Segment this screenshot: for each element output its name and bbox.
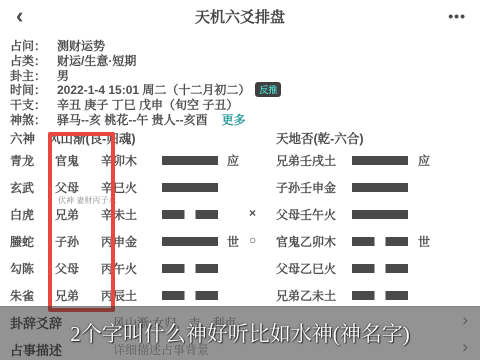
- moving-marker: ○: [249, 233, 256, 247]
- changed-line: [352, 291, 408, 300]
- shi-ying-marker: 世: [227, 233, 239, 250]
- changed-hexagram-title: 天地否(乾-六合): [276, 129, 364, 147]
- changed-line-text: 父母壬午火: [276, 206, 336, 223]
- changed-line-text: 子孙壬申金: [276, 179, 336, 196]
- time-line: 时间：2022-1-4 15:01 周二（十二月初二）反推: [10, 81, 474, 96]
- liushen-cell: 青龙: [10, 152, 34, 169]
- page-title: 天机六爻排盘: [195, 6, 285, 27]
- main-line: [162, 156, 218, 165]
- ganzhi-cell: 丙申金: [101, 233, 137, 250]
- shensha-line: 神煞：驿马--亥 桃花--午 贵人--亥酉更多: [10, 111, 474, 126]
- ganzhi-cell: 辛巳火: [101, 179, 137, 196]
- changed-line-text: 父母乙巳火: [276, 260, 336, 277]
- liushen-cell: 勾陈: [10, 260, 34, 277]
- ganzhi-cell: 辛卯木: [101, 152, 137, 169]
- app-screen: ‹ 天机六爻排盘 ••• 占问：测财运势 占类：财运/生意·短期 卦主：男 时间…: [0, 0, 480, 360]
- liuqin-cell: 兄弟: [55, 206, 79, 223]
- shensha-more-link[interactable]: 更多: [222, 113, 246, 127]
- ganzhi-cell: 丙午火: [101, 260, 137, 277]
- changed-line-text: 兄弟壬戌土: [276, 152, 336, 169]
- changed-line: [352, 264, 408, 273]
- hexagram-row: 勾陈 父母 丙午火 父母乙巳火: [0, 256, 480, 283]
- changed-line: [352, 237, 408, 246]
- changed-line: [352, 183, 408, 192]
- liuqin-cell: 父母: [55, 179, 79, 196]
- ganzhi-line: 干支：辛丑 庚子 丁巳 戊申（旬空 子丑）: [10, 96, 474, 111]
- liushen-cell: 螣蛇: [10, 233, 34, 250]
- main-line: [162, 237, 218, 246]
- subject-line: 卦主：男: [10, 67, 474, 82]
- liushen-cell: 白虎: [10, 206, 34, 223]
- shensha-value: 驿马--亥 桃花--午 贵人--亥酉: [57, 113, 208, 127]
- back-icon[interactable]: ‹: [16, 2, 23, 30]
- caption-text: 2个字叫什么神好听比如水神(神名字): [70, 318, 410, 348]
- shi-ying-marker: 应: [227, 152, 239, 169]
- liuqin-cell: 官鬼: [55, 152, 79, 169]
- moving-marker: ×: [249, 206, 256, 220]
- hexagram-table: 青龙 官鬼 辛卯木 应 兄弟壬戌土 应 玄武 父母 辛巳火 子孙壬申金 伏神 妻…: [0, 148, 480, 313]
- ganzhi-cell: 辛未土: [101, 206, 137, 223]
- caption-overlay: 2个字叫什么神好听比如水神(神名字): [0, 306, 480, 360]
- liuqin-cell: 子孙: [55, 233, 79, 250]
- category-value: 财运/生意·短期: [57, 54, 136, 68]
- main-hexagram-title: 风山渐(艮-归魂): [48, 129, 136, 147]
- liuqin-cell: 父母: [55, 260, 79, 277]
- changed-shi-ying-marker: 应: [418, 152, 430, 169]
- changed-shi-ying-marker: 世: [418, 233, 430, 250]
- hexagram-row: 玄武 父母 辛巳火 子孙壬申金 伏神 妻财丙子水: [0, 175, 480, 202]
- main-line: [162, 291, 218, 300]
- liushen-cell: 玄武: [10, 179, 34, 196]
- changed-line: [352, 210, 408, 219]
- hexagram-table-header: 六神 风山渐(艮-归魂) 天地否(乾-六合): [0, 129, 480, 145]
- liushen-column-header: 六神: [10, 129, 35, 147]
- more-menu-icon[interactable]: •••: [448, 2, 466, 30]
- hexagram-row: 白虎 兄弟 辛未土 × 父母壬午火: [0, 202, 480, 229]
- main-line: [162, 264, 218, 273]
- divination-info: 占问：测财运势 占类：财运/生意·短期 卦主：男 时间：2022-1-4 15:…: [10, 37, 474, 126]
- changed-line-text: 官鬼乙卯木: [276, 233, 336, 250]
- category-line: 占类：财运/生意·短期: [10, 52, 474, 67]
- main-line: [162, 183, 218, 192]
- liushen-cell: 朱雀: [10, 287, 34, 304]
- reverse-calc-badge[interactable]: 反推: [255, 82, 281, 97]
- liuqin-cell: 兄弟: [55, 287, 79, 304]
- ganzhi-cell: 丙辰土: [101, 287, 137, 304]
- changed-line: [352, 156, 408, 165]
- header-bar: ‹ 天机六爻排盘 •••: [0, 0, 480, 32]
- changed-line-text: 兄弟乙未土: [276, 287, 336, 304]
- hexagram-row: 螣蛇 子孙 丙申金 世 ○ 官鬼乙卯木 世: [0, 229, 480, 256]
- shensha-label: 神煞：: [10, 111, 57, 128]
- question-line: 占问：测财运势: [10, 37, 474, 52]
- main-line: [162, 210, 218, 219]
- question-value: 测财运势: [57, 39, 105, 53]
- hexagram-row: 青龙 官鬼 辛卯木 应 兄弟壬戌土 应: [0, 148, 480, 175]
